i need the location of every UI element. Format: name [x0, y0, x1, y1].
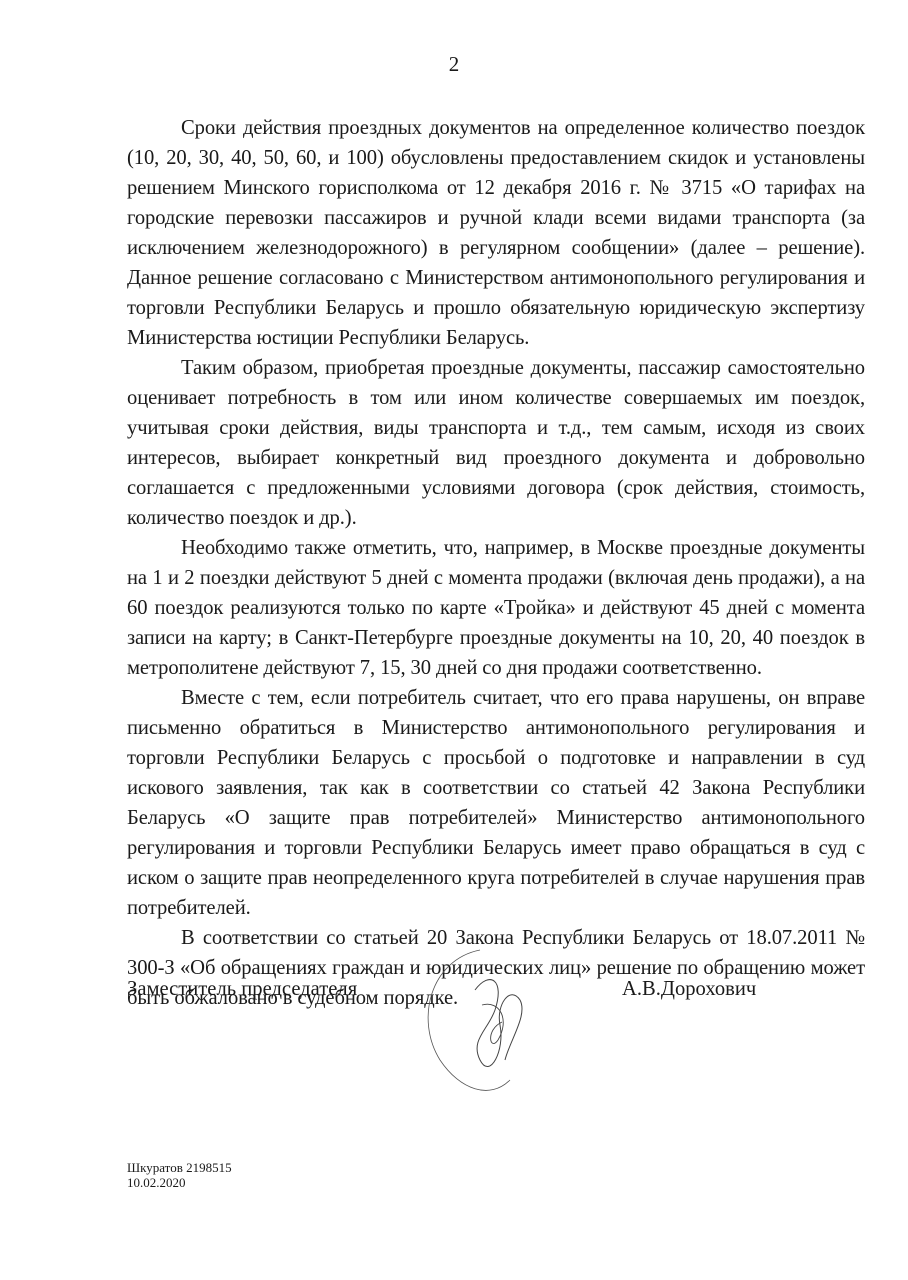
- document-date: 10.02.2020: [127, 1175, 232, 1190]
- paragraph: Сроки действия проездных документов на о…: [127, 113, 865, 353]
- paragraph: Необходимо также отметить, что, например…: [127, 533, 865, 683]
- footer: Шкуратов 2198515 10.02.2020: [127, 1160, 232, 1190]
- signer-position: Заместитель председателя: [127, 978, 357, 1001]
- page-number: 2: [0, 52, 908, 77]
- letter-body: Сроки действия проездных документов на о…: [127, 113, 865, 1013]
- paragraph: Вместе с тем, если потребитель считает, …: [127, 683, 865, 923]
- executor-info: Шкуратов 2198515: [127, 1160, 232, 1175]
- signer-name: А.В.Дорохович: [622, 978, 756, 1001]
- handwritten-signature-icon: [410, 930, 550, 1110]
- paragraph: Таким образом, приобретая проездные доку…: [127, 353, 865, 533]
